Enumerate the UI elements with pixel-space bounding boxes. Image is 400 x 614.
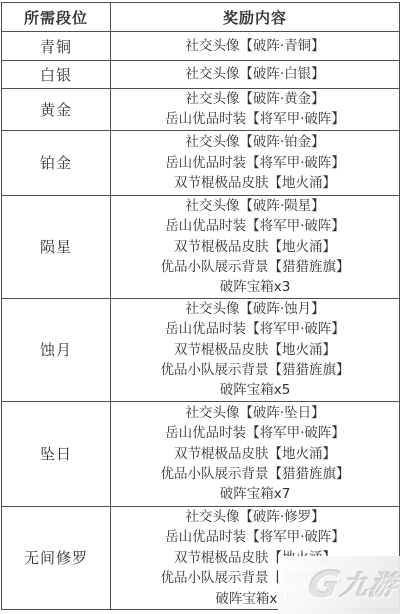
reward-line: 社交头像【破阵·坠日】 (111, 403, 399, 423)
table-row-falling-sun: 坠日 社交头像【破阵·坠日】 岳山优品时装【将军甲·破阵】 双节棍极品皮肤【地火… (2, 401, 400, 506)
reward-cell: 社交头像【破阵·坠日】 岳山优品时装【将军甲·破阵】 双节棍极品皮肤【地火涌】 … (111, 401, 400, 506)
table-row-gold: 黄金 社交头像【破阵·黄金】 岳山优品时装【将军甲·破阵】 (2, 89, 400, 131)
reward-cell: 社交头像【破阵·陨星】 岳山优品时装【将军甲·破阵】 双节棍极品皮肤【地火涌】 … (111, 195, 400, 298)
rank-cell: 陨星 (2, 195, 111, 298)
reward-line: 双节棍极品皮肤【地火涌】 (111, 340, 399, 360)
reward-line: 破阵宝箱x3 (111, 277, 399, 297)
reward-line: 双节棍极品皮肤【地火涌】 (111, 173, 399, 193)
reward-line: 社交头像【破阵·青铜】 (111, 36, 399, 56)
reward-column-header: 奖励内容 (111, 3, 400, 32)
reward-cell: 社交头像【破阵·铂金】 岳山优品时装【将军甲·破阵】 双节棍极品皮肤【地火涌】 (111, 130, 400, 195)
reward-cell: 社交头像【破阵·蚀月】 岳山优品时装【将军甲·破阵】 双节棍极品皮肤【地火涌】 … (111, 298, 400, 401)
reward-line: 社交头像【破阵·黄金】 (111, 89, 399, 109)
reward-line: 破阵宝箱x5 (111, 380, 399, 400)
reward-line: 社交头像【破阵·陨星】 (111, 196, 399, 216)
reward-line: 优品小队展示背景【猎猎旌旗】 (111, 360, 399, 380)
table-row-silver: 白银 社交头像【破阵·白银】 (2, 61, 400, 89)
reward-line: 双节棍极品皮肤【地火涌】 (111, 237, 399, 257)
reward-line: 社交头像【破阵·白银】 (111, 64, 399, 84)
screen: 所需段位 奖励内容 青铜 社交头像【破阵·青铜】 白银 社交头像【破阵·白银】 … (0, 2, 400, 614)
reward-line: 社交头像【破阵·铂金】 (111, 132, 399, 152)
rank-cell: 无间修罗 (2, 506, 111, 609)
reward-line: 岳山优品时装【将军甲·破阵】 (111, 109, 399, 129)
table-header-row: 所需段位 奖励内容 (2, 3, 400, 32)
table-row-eclipse-moon: 蚀月 社交头像【破阵·蚀月】 岳山优品时装【将军甲·破阵】 双节棍极品皮肤【地火… (2, 298, 400, 401)
table-row-bronze: 青铜 社交头像【破阵·青铜】 (2, 32, 400, 61)
reward-line: 优品小队展示背景【猎猎旌旗】 (111, 464, 399, 484)
reward-line: 岳山优品时装【将军甲·破阵】 (111, 153, 399, 173)
rank-cell: 蚀月 (2, 298, 111, 401)
reward-line: 破阵宝箱x7 (111, 484, 399, 504)
9game-logo-text: 九游 (339, 573, 400, 600)
9game-logo-icon: G (306, 568, 342, 604)
rank-cell: 坠日 (2, 401, 111, 506)
reward-line: 双节棍极品皮肤【地火涌】 (111, 444, 399, 464)
reward-cell: 社交头像【破阵·黄金】 岳山优品时装【将军甲·破阵】 (111, 89, 400, 131)
reward-line: 岳山优品时装【将军甲·破阵】 (111, 527, 399, 547)
reward-line: 社交头像【破阵·蚀月】 (111, 299, 399, 319)
reward-cell: 社交头像【破阵·青铜】 (111, 32, 400, 61)
rank-column-header: 所需段位 (2, 3, 111, 32)
rank-cell: 黄金 (2, 89, 111, 131)
rank-cell: 白银 (2, 61, 111, 89)
watermark-9game: G 九游 (278, 556, 400, 614)
rank-cell: 青铜 (2, 32, 111, 61)
reward-line: 社交头像【破阵·修罗】 (111, 507, 399, 527)
reward-line: 岳山优品时装【将军甲·破阵】 (111, 319, 399, 339)
reward-line: 岳山优品时装【将军甲·破阵】 (111, 216, 399, 236)
table-row-meteor: 陨星 社交头像【破阵·陨星】 岳山优品时装【将军甲·破阵】 双节棍极品皮肤【地火… (2, 195, 400, 298)
rank-reward-table: 所需段位 奖励内容 青铜 社交头像【破阵·青铜】 白银 社交头像【破阵·白银】 … (1, 2, 400, 610)
table-row-platinum: 铂金 社交头像【破阵·铂金】 岳山优品时装【将军甲·破阵】 双节棍极品皮肤【地火… (2, 130, 400, 195)
reward-line: 优品小队展示背景【猎猎旌旗】 (111, 257, 399, 277)
reward-line: 岳山优品时装【将军甲·破阵】 (111, 423, 399, 443)
reward-cell: 社交头像【破阵·白银】 (111, 61, 400, 89)
rank-cell: 铂金 (2, 130, 111, 195)
